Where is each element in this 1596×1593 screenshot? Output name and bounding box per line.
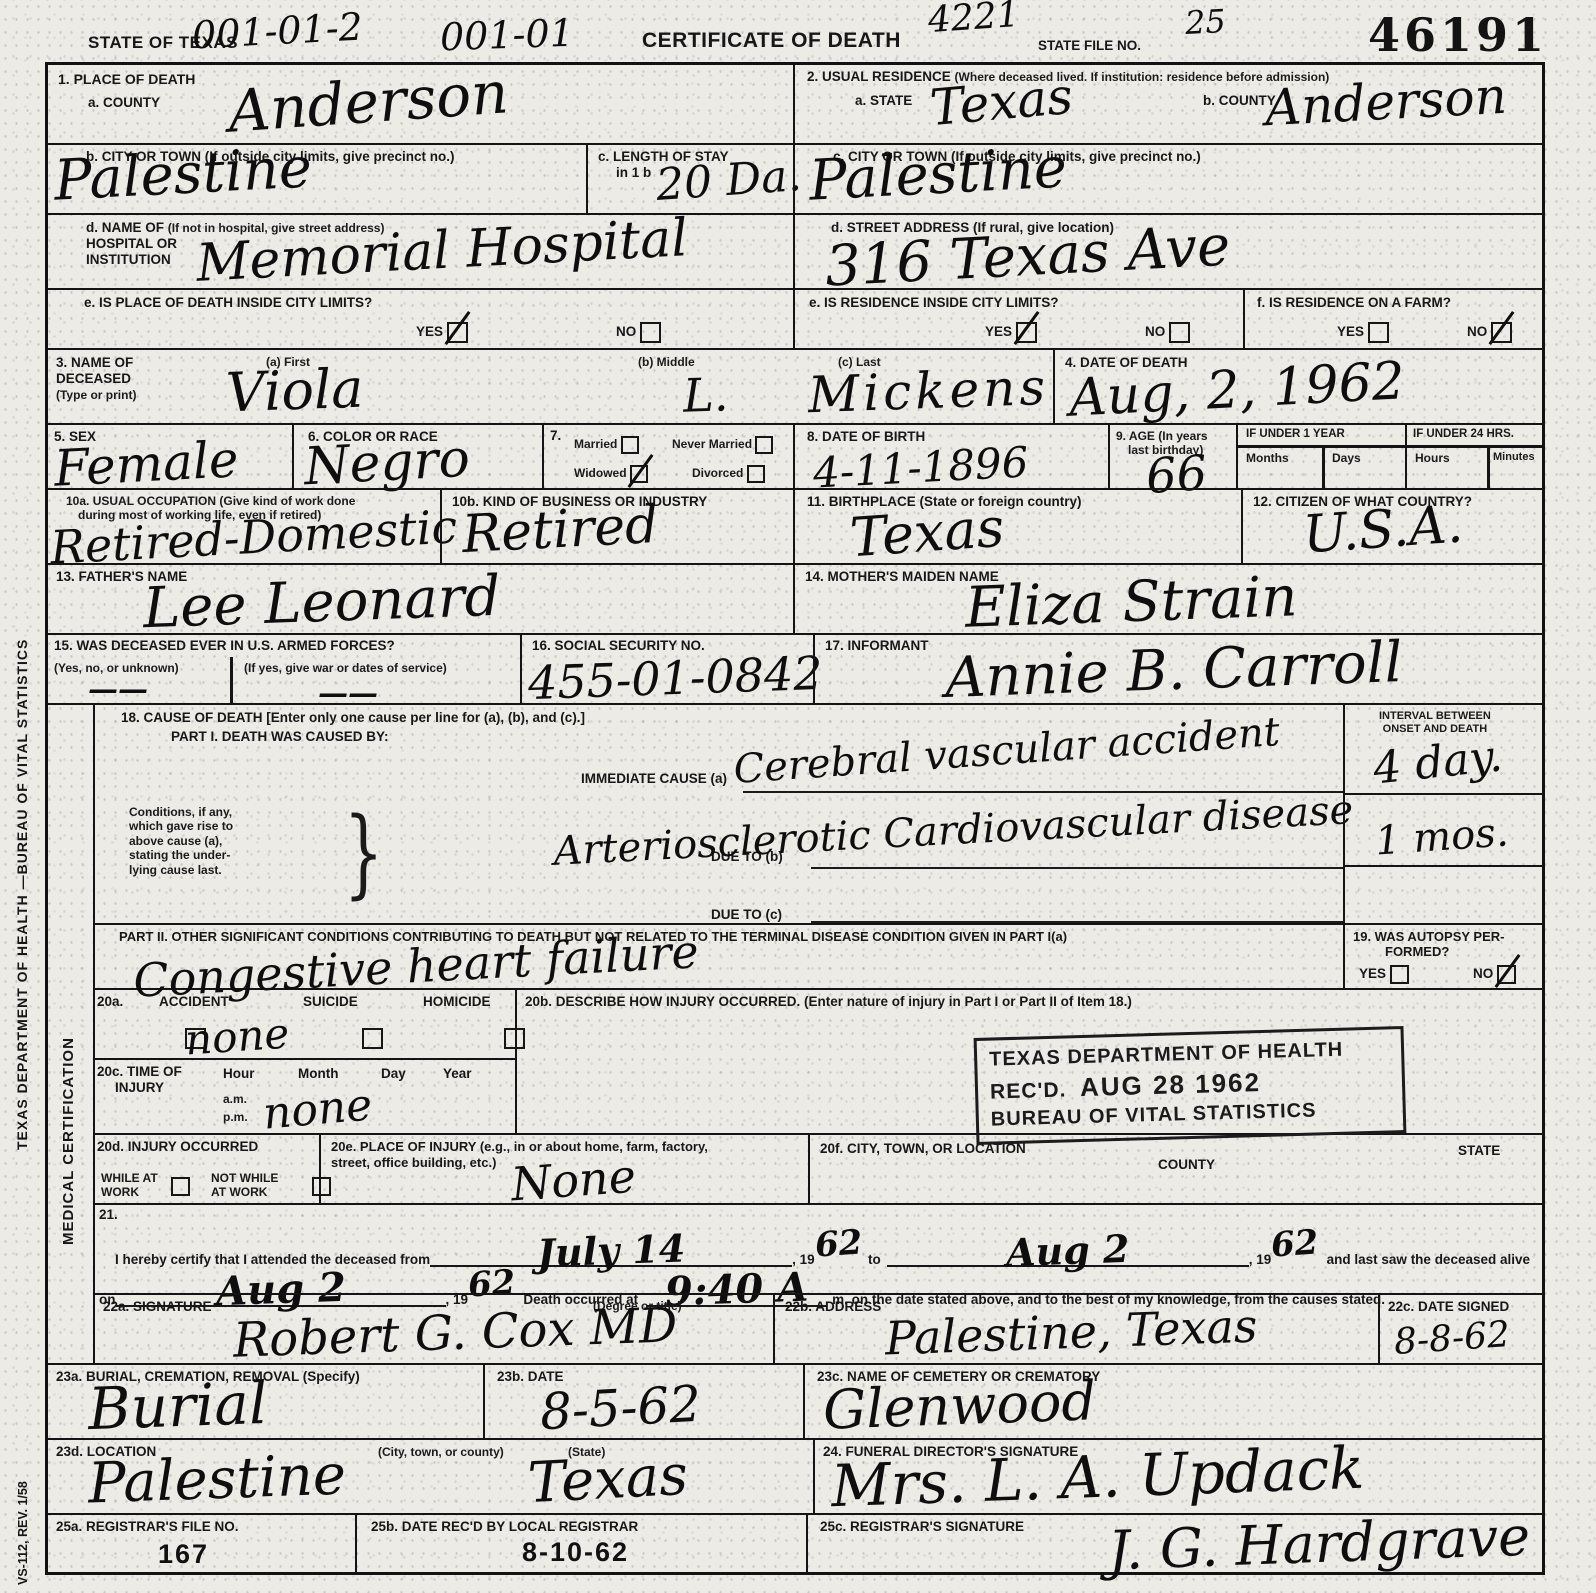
injury-occurred-label: 20d. INJURY OCCURRED [97,1139,258,1156]
physician-address-value: Palestine, Texas [884,1303,1258,1362]
date-recd-value: 8-10-62 [522,1537,629,1568]
time-of-injury-label-line1: 20c. TIME OF [97,1064,182,1081]
cell-residence-city-limits: e. IS RESIDENCE INSIDE CITY LIMITS? YES … [793,288,1245,350]
due-to-c-label: DUE TO (c) [711,907,782,924]
registrar-file-no-value: 167 [158,1539,209,1570]
cell-citizenship: 12. CITIZEN OF WHAT COUNTRY? U.S.A. [1241,488,1544,565]
cell-certify-statement: 21. I hereby certify that I attended the… [93,1203,1542,1295]
farm-question: f. IS RESIDENCE ON A FARM? [1257,295,1451,312]
autopsy-label-line2: FORMED? [1385,944,1449,960]
length-of-stay-value: 20 Da. [655,154,803,208]
form-border: 1. PLACE OF DEATH a. COUNTY Anderson 2. … [45,62,1545,1575]
cell-part2: PART II. OTHER SIGNIFICANT CONDITIONS CO… [93,923,1343,990]
hospital-label-line3: INSTITUTION [86,252,171,269]
year-label: Year [443,1066,472,1083]
handwritten-number-1: 4221 [927,0,1021,39]
residence-county-value: Anderson [1264,71,1508,134]
cell-city-of-death: b. CITY OR TOWN (If outside city limits,… [48,143,586,215]
cell-funeral-director: 24. FUNERAL DIRECTOR'S SIGNATURE Mrs. L.… [813,1438,1544,1515]
injury-county-label: COUNTY [1158,1157,1215,1174]
interval-b-value: 1 mos. [1374,812,1510,861]
father-name-value: Lee Leonard [142,569,501,637]
interval-a-value: 4 day. [1371,734,1504,791]
middle-name-value: L. [682,371,729,419]
residence-limits-question: e. IS RESIDENCE INSIDE CITY LIMITS? [809,295,1059,312]
conditions-brace: } [344,805,384,901]
cell-length-of-stay: c. LENGTH OF STAY in 1 b 20 Da. [586,143,795,215]
physician-address-label: 22b. ADDRESS [785,1299,881,1316]
death-city-limits-question: e. IS PLACE OF DEATH INSIDE CITY LIMITS? [84,295,372,312]
mother-name-value: Eliza Strain [964,569,1298,637]
residence-limits-yes: YES [985,322,1037,343]
cell-cemetery: 23c. NAME OF CEMETERY OR CREMATORY Glenw… [803,1363,1544,1440]
part1-label: PART I. DEATH WAS CAUSED BY: [171,729,389,746]
cell-20e: 20e. PLACE OF INJURY (e.g., in or about … [319,1133,810,1205]
cell-armed-forces: 15. WAS DECEASED EVER IN U.S. ARMED FORC… [48,633,520,705]
farm-no: NO [1467,322,1512,343]
cause-of-death-title: 18. CAUSE OF DEATH [Enter only one cause… [121,710,585,727]
name-title-line1: 3. NAME OF [56,355,133,372]
immediate-cause-label: IMMEDIATE CAUSE (a) [581,771,727,788]
cell-if-under-24-hrs: IF UNDER 24 HRS. Hours Minutes [1405,423,1544,490]
months-label: Months [1246,451,1289,465]
marital-divorced: Divorced [692,465,765,483]
armed-forces-value1: —— [88,675,148,705]
due-to-b-value: Arteriosclerotic Cardiovascular disease [553,790,1355,872]
cell-mother-name: 14. MOTHER'S MAIDEN NAME Eliza Strain [793,563,1544,635]
cell-if-under-1-year: IF UNDER 1 YEAR Months Days [1236,423,1407,490]
married-checkbox [621,436,639,454]
medical-certification-strip: MEDICAL CERTIFICATION [48,703,95,1365]
signature-label: 22a. SIGNATURE [103,1299,212,1316]
date-signed-value: 8-8-62 [1393,1317,1511,1361]
am-label: a.m. [223,1092,247,1106]
autopsy-yes-checkbox [1390,965,1409,984]
name-title-line2: DECEASED [56,371,131,388]
burial-location-note1: (City, town, or county) [378,1445,504,1459]
cemetery-value: Glenwood [822,1374,1097,1437]
informant-value: Annie B. Carroll [944,635,1403,707]
county-value: Anderson [226,63,510,140]
marital-number: 7. [550,428,561,445]
homicide-label: HOMICIDE [423,994,491,1011]
date-of-death-value: Aug, 2, 1962 [1068,355,1406,425]
form-revision-label: VS-112, REV. 1/58 [16,1415,30,1585]
days-label: Days [1332,451,1361,465]
autopsy-no: NO [1473,965,1516,984]
time-of-injury-value: none [261,1083,374,1136]
physician-signature-value: Robert G. Cox MD [232,1301,678,1364]
cell-ssn: 16. SOCIAL SECURITY NO. 455-01-0842 [520,633,815,705]
handwritten-code-2: 001-01 [439,14,574,57]
cell-interval-column: INTERVAL BETWEEN ONSET AND DEATH 4 day. … [1343,703,1544,925]
cell-birthplace: 11. BIRTHPLACE (State or foreign country… [793,488,1243,565]
attended-from-field: July 14 [430,1227,792,1267]
cell-date-signed: 22c. DATE SIGNED 8-8-62 [1378,1293,1544,1365]
marital-never-married: Never Married [672,436,773,454]
cell-burial: 23a. BURIAL, CREMATION, REMOVAL (Specify… [48,1363,483,1440]
under-1-year-header: IF UNDER 1 YEAR [1246,428,1345,442]
cell-residence-city: c. CITY OR TOWN (If outside city limits,… [793,143,1544,215]
under-24-hrs-header: IF UNDER 24 HRS. [1413,428,1514,442]
registrar-file-no-label: 25a. REGISTRAR'S FILE NO. [56,1519,239,1536]
cell-age: 9. AGE (In years last birthday) 66 [1108,423,1238,490]
farm-yes-checkbox [1368,322,1389,343]
middle-name-label: (b) Middle [638,355,695,369]
accident-suicide-number: 20a. [97,994,123,1011]
residence-state-label: a. STATE [855,93,912,110]
birthplace-value: Texas [848,501,1006,566]
hospital-label-line2: HOSPITAL OR [86,236,177,253]
marital-widowed: Widowed [574,465,648,483]
section-place-of-death: 1. PLACE OF DEATH a. COUNTY Anderson [48,65,793,143]
certify-line1: I hereby certify that I attended the dec… [115,1227,1530,1267]
autopsy-label-line1: 19. WAS AUTOPSY PER- [1353,929,1504,945]
year-value-2: 62 [1270,1225,1320,1262]
cell-date-of-death: 4. DATE OF DEATH Aug, 2, 1962 [1053,348,1544,425]
received-stamp: TEXAS DEPARTMENT OF HEALTH REC'D. AUG 28… [974,1026,1407,1145]
registrar-signature-label: 25c. REGISTRAR'S SIGNATURE [820,1519,1024,1536]
cell-date-recd: 25b. DATE REC'D BY LOCAL REGISTRAR 8-10-… [355,1513,808,1574]
burial-date-value: 8-5-62 [539,1379,702,1437]
residence-limits-no: NO [1145,322,1190,343]
accident-none-value: none [184,1012,291,1061]
handwritten-number-2: 25 [1184,5,1226,39]
residence-city-value: Palestine [808,140,1069,209]
residence-state-value: Texas [928,71,1075,133]
sex-value: Female [53,434,240,494]
date-signed-label: 22c. DATE SIGNED [1388,1299,1509,1316]
cell-physician-signature: 22a. SIGNATURE (Degree or title) Robert … [93,1293,773,1365]
attended-to-field: Aug 2 [887,1227,1249,1267]
burial-location-city-value: Palestine [87,1448,347,1513]
cell-hospital: d. NAME OF (If not in hospital, give str… [48,213,793,290]
immediate-cause-value: Cerebral vascular accident [732,712,1281,790]
widowed-checkbox [630,465,648,483]
cell-sex: 5. SEX Female [48,423,292,490]
hours-label: Hours [1415,451,1450,465]
never-married-checkbox [755,436,773,454]
death-limits-yes-checkbox [447,322,468,343]
armed-forces-note2: (If yes, give war or dates of service) [244,661,447,675]
cell-20d: 20d. INJURY OCCURRED WHILE AT WORK NOT W… [93,1133,319,1205]
conditions-note: Conditions, if any, which gave rise to a… [129,805,233,877]
date-recd-label: 25b. DATE REC'D BY LOCAL REGISTRAR [371,1519,638,1536]
death-limits-no-checkbox [640,322,661,343]
cell-industry: 10b. KIND OF BUSINESS OR INDUSTRY Retire… [440,488,795,565]
date-of-birth-value: 4-11-1896 [812,441,1029,494]
cell-death-city-limits: e. IS PLACE OF DEATH INSIDE CITY LIMITS?… [48,288,793,350]
cell-date-of-birth: 8. DATE OF BIRTH 4-11-1896 [793,423,1110,490]
hour-label: Hour [223,1066,255,1083]
divorced-checkbox [747,465,765,483]
cell-occupation: 10a. USUAL OCCUPATION (Give kind of work… [48,488,440,565]
month-label: Month [298,1066,338,1083]
death-certificate-scan: STATE OF TEXAS 001-01-2 001-01 CERTIFICA… [0,0,1596,1593]
informant-label: 17. INFORMANT [825,638,929,655]
cell-20c: 20c. TIME OF INJURY Hour Month Day Year … [93,1058,515,1135]
stamp-date: AUG 28 1962 [1080,1067,1262,1102]
city-of-death-value: Palestine [53,140,314,209]
medical-certification-vertical-label: MEDICAL CERTIFICATION [60,825,77,1245]
injury-state-label: STATE [1458,1143,1500,1160]
suicide-checkbox [362,1028,383,1049]
certify-number: 21. [99,1207,118,1224]
minutes-label: Minutes [1493,451,1535,464]
while-at-work-label: WHILE AT WORK [101,1171,158,1200]
time-of-injury-label-line2: INJURY [115,1080,164,1097]
cell-burial-date: 23b. DATE 8-5-62 [483,1363,805,1440]
name-title-line3: (Type or print) [56,388,136,402]
marital-married: Married [574,436,639,454]
cell-residence-farm: f. IS RESIDENCE ON A FARM? YES NO [1243,288,1544,350]
pm-label: p.m. [223,1110,248,1124]
residence-limits-no-checkbox [1169,322,1190,343]
length-of-stay-sublabel: in 1 b [616,165,651,182]
cell-father-name: 13. FATHER'S NAME Lee Leonard [48,563,793,635]
funeral-director-signature-value: Mrs. L. A. Updack [830,1439,1365,1516]
farm-yes: YES [1337,322,1389,343]
department-vertical-label: TEXAS DEPARTMENT OF HEALTH —BUREAU OF VI… [14,250,30,1150]
ssn-value: 455-01-0842 [527,650,823,706]
place-of-death-title: 1. PLACE OF DEATH [58,71,195,89]
cell-registrar-file-no: 25a. REGISTRAR'S FILE NO. 167 [48,1513,355,1574]
cell-autopsy: 19. WAS AUTOPSY PER- FORMED? YES NO [1343,923,1544,990]
age-label-line1: 9. AGE (In years [1116,429,1208,443]
serial-number: 46191 [1368,8,1548,62]
residence-limits-yes-checkbox [1016,322,1037,343]
not-while-at-work-label: NOT WHILE AT WORK [211,1171,278,1200]
armed-forces-label: 15. WAS DECEASED EVER IN U.S. ARMED FORC… [54,638,395,655]
cell-marital-status: 7. Married Never Married Widowed Divorce… [542,423,795,490]
death-limits-yes: YES [416,322,468,343]
cell-20f: 20f. CITY, TOWN, OR LOCATION COUNTY STAT… [808,1133,1544,1205]
cell-registrar-signature: 25c. REGISTRAR'S SIGNATURE J. G. Hardgra… [806,1513,1544,1574]
cell-cause-of-death: 18. CAUSE OF DEATH [Enter only one cause… [93,703,1343,925]
farm-no-checkbox [1491,322,1512,343]
first-name-value: Viola [225,362,364,421]
certificate-title: CERTIFICATE OF DEATH [642,28,901,54]
citizenship-value: U.S.A. [1301,498,1464,561]
cell-street-address: d. STREET ADDRESS (If rural, give locati… [793,213,1544,290]
describe-injury-label: 20b. DESCRIBE HOW INJURY OCCURRED. (Ente… [525,994,1132,1011]
cell-informant: 17. INFORMANT Annie B. Carroll [813,633,1544,705]
day-label: Day [381,1066,406,1083]
cell-name-of-deceased: 3. NAME OF DECEASED (Type or print) (a) … [48,348,1053,425]
cell-race: 6. COLOR OR RACE Negro [292,423,544,490]
while-at-work-checkbox [171,1177,190,1196]
burial-value: Burial [87,1374,268,1438]
last-name-value: Mickens [807,362,1050,420]
cell-physician-address: 22b. ADDRESS Palestine, Texas [773,1293,1380,1365]
burial-location-state-value: Texas [527,1448,690,1512]
handwritten-code-1: 001-01-2 [191,8,364,55]
cell-burial-location: 23d. LOCATION (City, town, or county) (S… [48,1438,813,1515]
state-file-no-label: STATE FILE NO. [1038,38,1141,55]
place-of-injury-value: None [510,1153,638,1208]
race-value: Negro [303,433,471,494]
section-usual-residence: 2. USUAL RESIDENCE (Where deceased lived… [793,65,1544,143]
registrar-signature-value: J. G. Hardgrave [1107,1510,1531,1579]
autopsy-yes: YES [1359,965,1409,984]
year-value-1: 62 [814,1225,864,1262]
death-limits-no: NO [616,322,661,343]
autopsy-no-checkbox [1497,965,1516,984]
industry-value: Retired [461,499,660,561]
county-label: a. COUNTY [88,95,160,112]
